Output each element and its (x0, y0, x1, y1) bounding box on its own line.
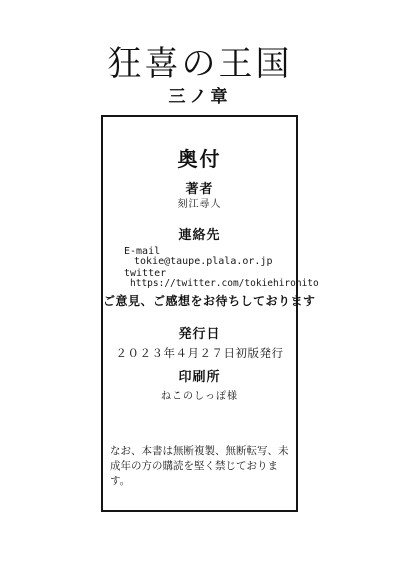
colophon-box: 奥付 著者 刻江尋人 連絡先 E-mail tokie@taupe.plala.… (101, 115, 298, 512)
book-title: 狂喜の王国 (0, 36, 400, 85)
colophon-heading: 奥付 (103, 143, 296, 172)
chapter-subtitle: 三ノ章 (0, 82, 400, 107)
twitter-url: https://twitter.com/tokiehirohito (130, 278, 319, 289)
document-page: 狂喜の王国 三ノ章 奥付 著者 刻江尋人 連絡先 E-mail tokie@ta… (0, 0, 400, 565)
publish-date-value: ２０２３年４月２７日初版発行 (103, 345, 296, 361)
feedback-note: ご意見、ご感想をお待ちしております (103, 292, 296, 309)
publish-date-label: 発行日 (103, 323, 296, 342)
author-name: 刻江尋人 (103, 195, 296, 210)
email-address: tokie@taupe.plala.or.jp (134, 256, 272, 267)
copyright-disclaimer: なお、本書は無断複製、無断転写、未成年の方の購読を堅く禁じております。 (110, 444, 291, 489)
printer-name: ねこのしっぽ様 (103, 387, 296, 402)
contact-label: 連絡先 (103, 224, 296, 243)
printer-label: 印刷所 (103, 366, 296, 385)
